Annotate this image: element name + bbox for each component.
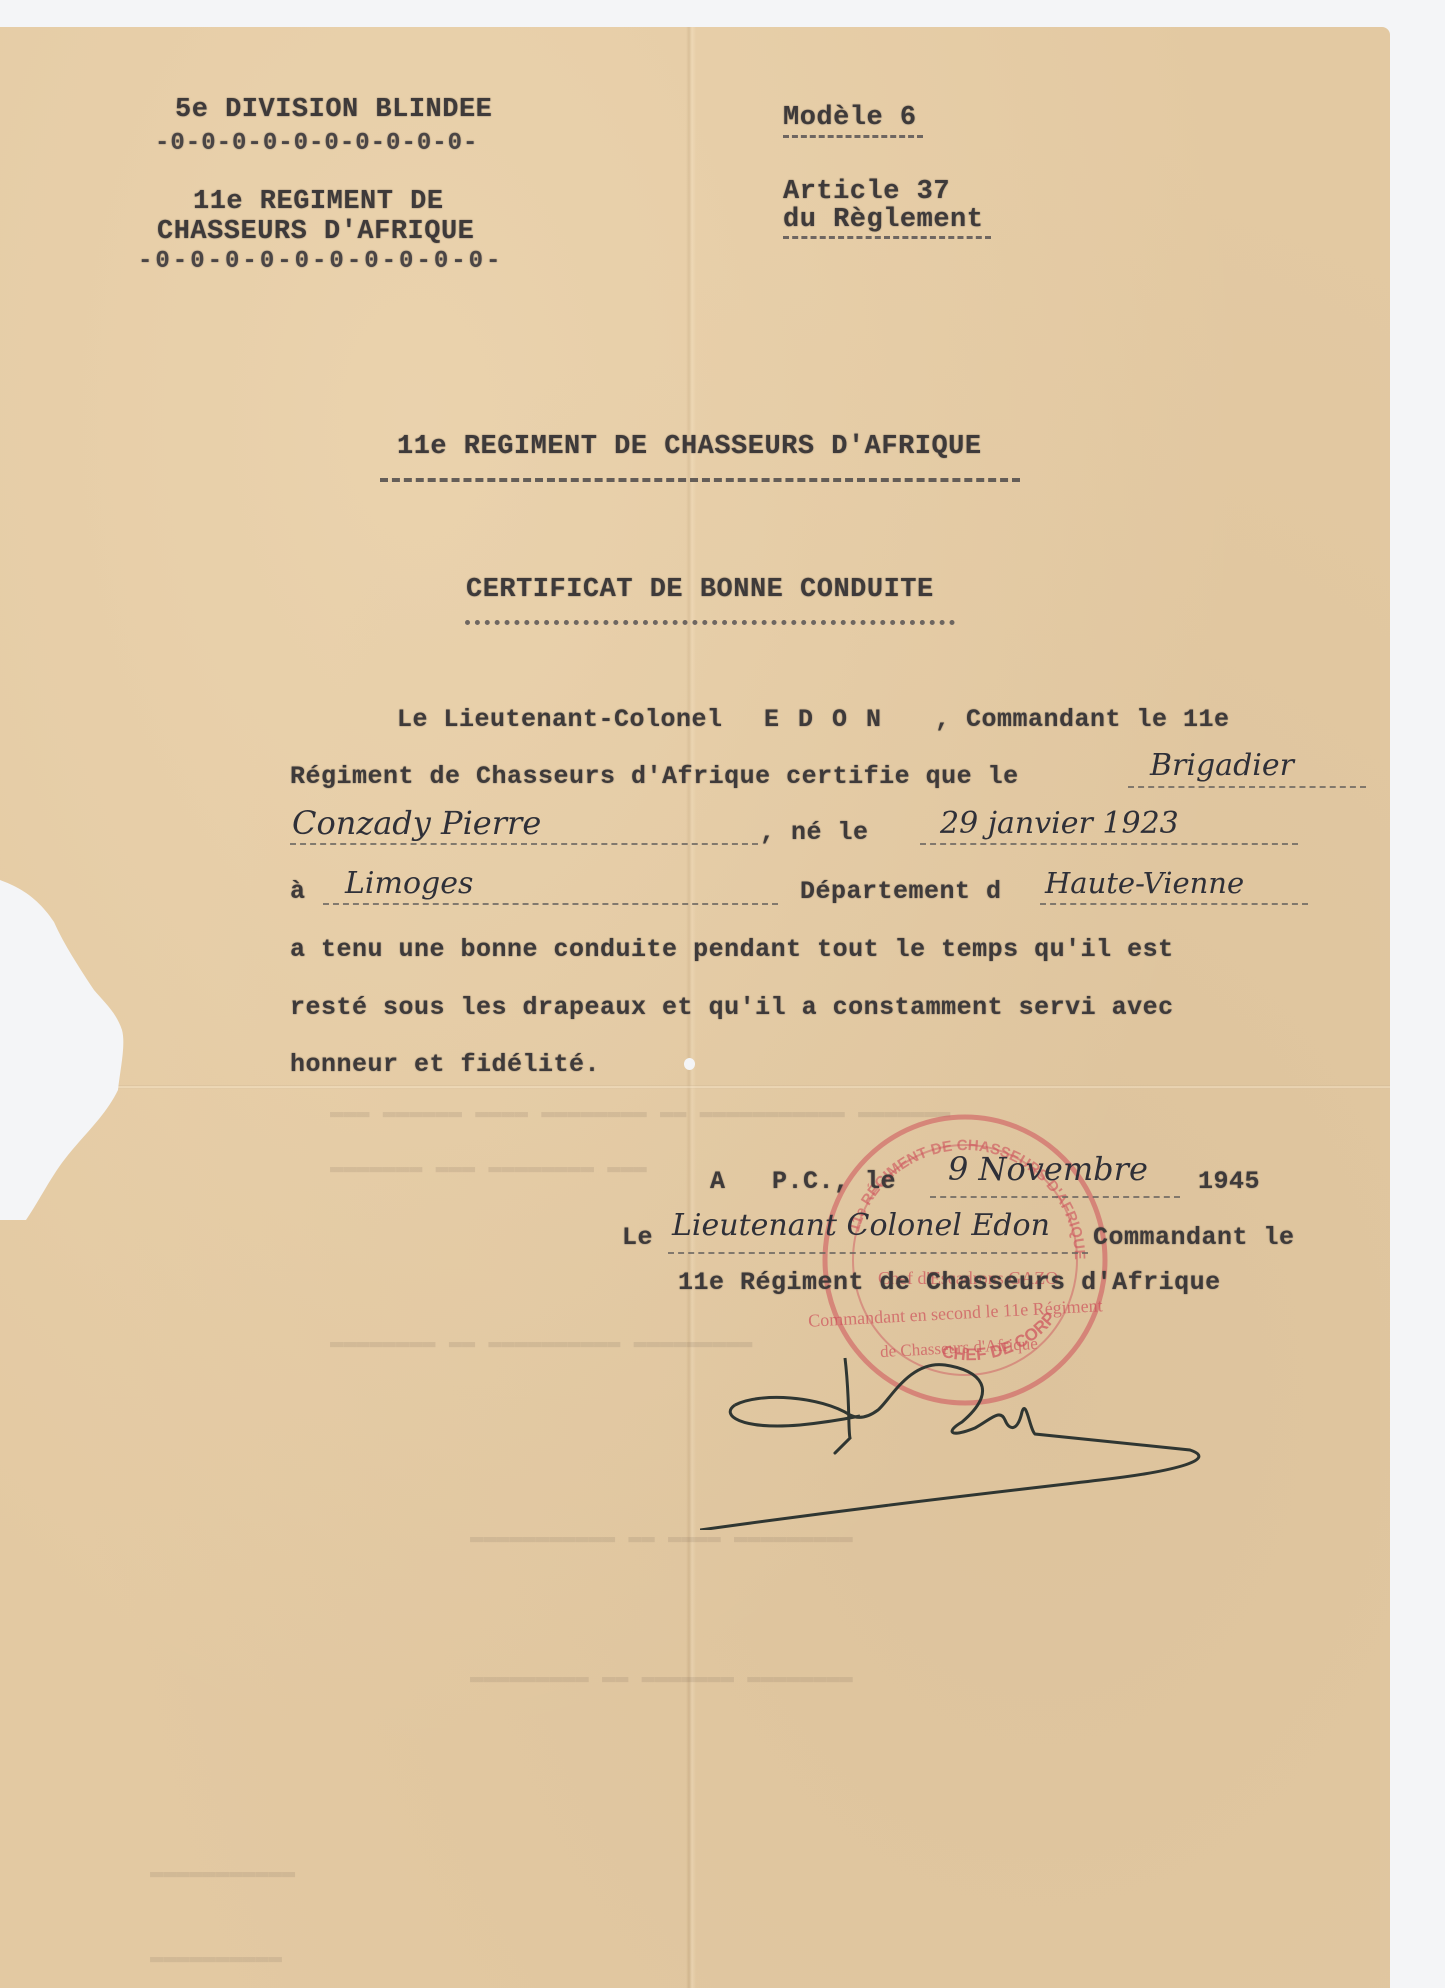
commander-name: E D O N bbox=[764, 705, 883, 734]
handwritten-signature bbox=[700, 1320, 1260, 1530]
bleed-through-text: ▬▬▬▬▬▬▬▬▬▬ bbox=[150, 1945, 282, 1970]
rank-field-line bbox=[1128, 786, 1366, 788]
body-line1-prefix: Le Lieutenant-Colonel bbox=[397, 705, 723, 734]
bleed-through-text: ▬▬▬▬▬▬▬▬ ▬▬ ▬▬▬▬▬▬▬▬▬▬ ▬▬▬▬▬▬▬▬▬ bbox=[330, 1330, 752, 1355]
bleed-through-text: ▬▬▬▬▬▬▬▬▬▬▬ bbox=[150, 1860, 295, 1885]
signature-year: 1945 bbox=[1198, 1167, 1260, 1196]
signature-date-line bbox=[930, 1196, 1180, 1198]
paper-hole bbox=[684, 1058, 695, 1070]
department-field-line bbox=[1040, 903, 1308, 905]
department-label: Département d bbox=[800, 877, 1002, 906]
regiment-title: 11e REGIMENT DE CHASSEURS D'AFRIQUE bbox=[397, 432, 982, 462]
birthplace-field-value: Limoges bbox=[345, 866, 473, 901]
reglement-underline bbox=[783, 236, 991, 239]
birthplace-field-line bbox=[323, 903, 778, 905]
body-line6: resté sous les drapeaux et qu'il a const… bbox=[290, 993, 1174, 1022]
header-separator: -0-0-0-0-0-0-0-0-0-0- bbox=[155, 130, 478, 157]
signer-value: Lieutenant Colonel Edon bbox=[672, 1208, 1050, 1243]
body-line2: Régiment de Chasseurs d'Afrique certifie… bbox=[290, 762, 1019, 791]
certificate-underline bbox=[465, 620, 955, 625]
header-separator: -0-0-0-0-0-0-0-0-0-0- bbox=[138, 248, 503, 275]
bleed-through-text: ▬▬▬▬▬▬▬▬▬ ▬▬ ▬▬▬▬▬▬▬ ▬▬▬▬▬▬▬▬ bbox=[470, 1665, 853, 1690]
regiment-heading-line1: 11e REGIMENT DE bbox=[193, 187, 444, 217]
reglement-label: du Règlement bbox=[783, 205, 983, 235]
article-label: Article 37 bbox=[783, 177, 950, 207]
horizontal-fold bbox=[0, 1085, 1390, 1089]
model-underline bbox=[783, 135, 923, 138]
title-separator bbox=[380, 478, 1020, 482]
model-label: Modèle 6 bbox=[783, 103, 917, 133]
signature-date-value: 9 Novembre bbox=[948, 1150, 1148, 1188]
signer-prefix: Le bbox=[622, 1223, 653, 1252]
place-label: A P.C., le bbox=[710, 1167, 896, 1196]
signer-suffix: Commandant le bbox=[1093, 1223, 1295, 1252]
certificate-title: CERTIFICAT DE BONNE CONDUITE bbox=[466, 575, 934, 605]
at-label: à bbox=[290, 877, 306, 906]
body-line1-suffix: , Commandant le 11e bbox=[935, 705, 1230, 734]
birth-date-field-value: 29 janvier 1923 bbox=[940, 806, 1179, 841]
body-line7: honneur et fidélité. bbox=[290, 1050, 600, 1079]
torn-edge bbox=[0, 880, 131, 1220]
birth-date-field-line bbox=[920, 843, 1298, 845]
division-heading: 5e DIVISION BLINDEE bbox=[175, 95, 492, 125]
rank-field-value: Brigadier bbox=[1150, 748, 1294, 783]
born-label: , né le bbox=[760, 818, 869, 847]
body-line5: a tenu une bonne conduite pendant tout l… bbox=[290, 935, 1174, 964]
bleed-through-text: ▬▬▬▬▬▬▬ ▬▬▬ ▬▬▬▬▬▬▬▬ ▬▬▬ bbox=[330, 1155, 647, 1180]
department-field-value: Haute-Vienne bbox=[1045, 866, 1244, 900]
signer-line bbox=[668, 1252, 1088, 1254]
name-field-value: Conzady Pierre bbox=[292, 804, 541, 842]
regiment-heading-line2: CHASSEURS D'AFRIQUE bbox=[157, 217, 474, 247]
name-field-line bbox=[290, 843, 758, 845]
signer-unit: 11e Régiment de Chasseurs d'Afrique bbox=[678, 1268, 1221, 1297]
